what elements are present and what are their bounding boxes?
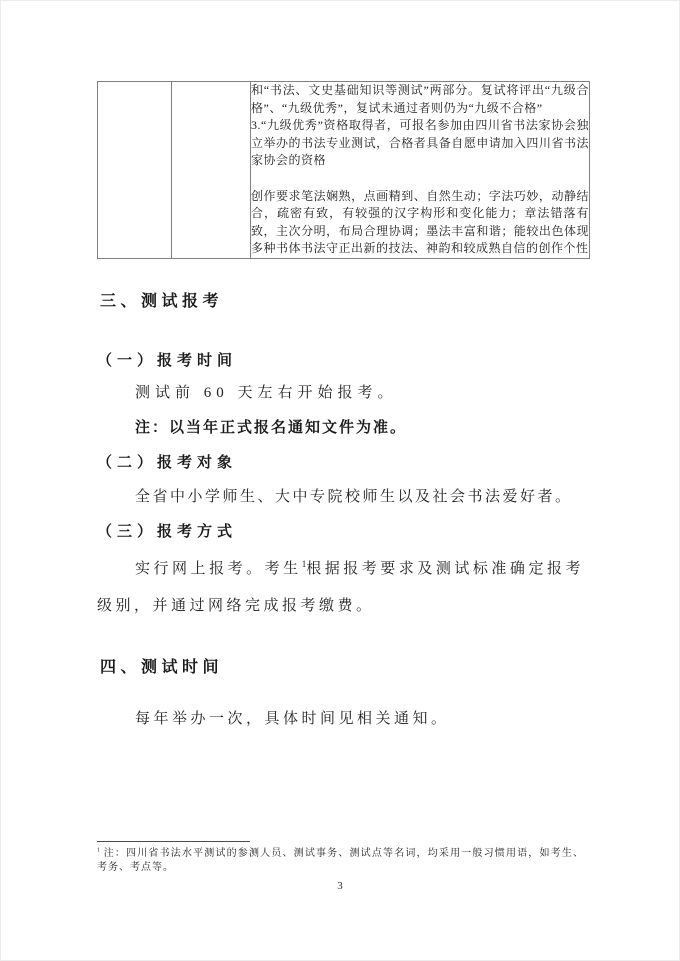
footnote-separator-rule — [97, 841, 250, 842]
grade-criteria-table: 和“书法、文史基础知识等测试”两部分。复试将评出“九级合格”、“九级优秀”，复试… — [97, 81, 590, 259]
section-heading-3: 三、测试报考 — [100, 288, 223, 311]
table-cell-criteria: 和“书法、文史基础知识等测试”两部分。复试将评出“九级合格”、“九级优秀”，复试… — [251, 82, 590, 259]
registration-method-text-before-footnote: 实行网上报考。考生 — [135, 561, 302, 577]
document-page: 和“书法、文史基础知识等测试”两部分。复试将评出“九级合格”、“九级优秀”，复试… — [0, 0, 680, 961]
section-heading-4: 四、测试时间 — [100, 654, 223, 677]
cell-paragraph-creation-requirements: 创作要求笔法娴熟，点画精到、自然生动；字法巧妙，动静结合，疏密有致，有较强的汉字… — [251, 188, 589, 258]
page-number: 3 — [0, 880, 680, 892]
paragraph-registration-method: 实行网上报考。考生1根据报考要求及测试标准确定报考级别，并通过网络完成报考缴费。 — [97, 551, 584, 625]
table-cell-level — [98, 82, 172, 259]
paragraph-registration-time: 测试前 60 天左右开始报考。 — [135, 381, 398, 402]
subsection-heading-registration-time: （一）报考时间 — [97, 349, 237, 370]
paragraph-registration-target: 全省中小学师生、大中专院校师生以及社会书法爱好者。 — [135, 485, 573, 506]
table-cell-category — [172, 82, 251, 259]
table-row: 和“书法、文史基础知识等测试”两部分。复试将评出“九级合格”、“九级优秀”，复试… — [98, 82, 590, 259]
cell-paragraph-retest-rules: 和“书法、文史基础知识等测试”两部分。复试将评出“九级合格”、“九级优秀”，复试… — [251, 82, 589, 170]
paragraph-test-time: 每年举办一次，具体时间见相关通知。 — [135, 707, 450, 728]
footnote-text: 1 注：四川省书法水平测试的参测人员、测试事务、测试点等名词，均采用一般习惯用语… — [97, 847, 584, 875]
subsection-heading-registration-target: （二）报考对象 — [97, 451, 237, 472]
subsection-heading-registration-method: （三）报考方式 — [97, 520, 237, 541]
footnote-body: 注：四川省书法水平测试的参测人员、测试事务、测试点等名词，均采用一般习惯用语，如… — [97, 848, 584, 873]
paragraph-registration-note: 注：以当年正式报名通知文件为准。 — [135, 416, 407, 437]
